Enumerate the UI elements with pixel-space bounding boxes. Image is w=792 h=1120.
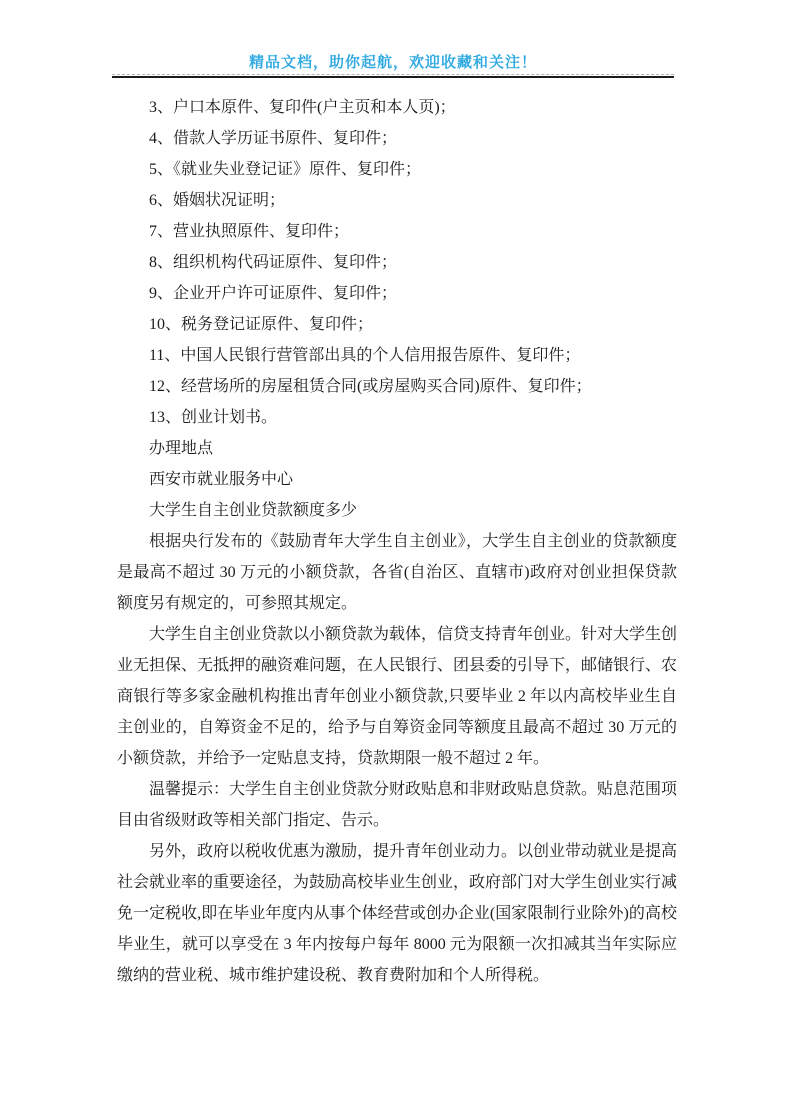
list-item-6: 6、婚姻状况证明；: [117, 185, 677, 216]
list-item-4: 4、借款人学历证书原件、复印件；: [117, 123, 677, 154]
list-item-8: 8、组织机构代码证原件、复印件；: [117, 247, 677, 278]
list-item-13: 13、创业计划书。: [117, 402, 677, 433]
header-notice: 精品文档，助你起航，欢迎收藏和关注！: [112, 54, 674, 72]
paragraph-warm-tip: 温馨提示：大学生自主创业贷款分财政贴息和非财政贴息贷款。贴息范围项目由省级财政等…: [117, 774, 677, 836]
list-item-3: 3、户口本原件、复印件(户主页和本人页)；: [117, 92, 677, 123]
label-service-center: 西安市就业服务中心: [117, 464, 677, 495]
list-item-10: 10、税务登记证原件、复印件；: [117, 309, 677, 340]
paragraph-tax-incentive: 另外，政府以税收优惠为激励，提升青年创业动力。以创业带动就业是提高社会就业率的重…: [117, 836, 677, 991]
label-handling-location: 办理地点: [117, 433, 677, 464]
list-item-9: 9、企业开户许可证原件、复印件；: [117, 278, 677, 309]
paragraph-loan-carrier: 大学生自主创业贷款以小额贷款为载体，信贷支持青年创业。针对大学生创业无担保、无抵…: [117, 619, 677, 774]
list-item-5: 5、《就业失业登记证》原件、复印件；: [117, 154, 677, 185]
list-item-11: 11、中国人民银行营管部出具的个人信用报告原件、复印件；: [117, 340, 677, 371]
document-page: 精品文档，助你起航，欢迎收藏和关注！ 3、户口本原件、复印件(户主页和本人页)；…: [0, 0, 792, 1120]
list-item-12: 12、经营场所的房屋租赁合同(或房屋购买合同)原件、复印件；: [117, 371, 677, 402]
header-divider: [112, 74, 674, 78]
document-body: 3、户口本原件、复印件(户主页和本人页)； 4、借款人学历证书原件、复印件； 5…: [117, 92, 677, 991]
paragraph-loan-quota: 根据央行发布的《鼓励青年大学生自主创业》，大学生自主创业的贷款额度是最高不超过 …: [117, 526, 677, 619]
label-loan-quota-title: 大学生自主创业贷款额度多少: [117, 495, 677, 526]
list-item-7: 7、营业执照原件、复印件；: [117, 216, 677, 247]
